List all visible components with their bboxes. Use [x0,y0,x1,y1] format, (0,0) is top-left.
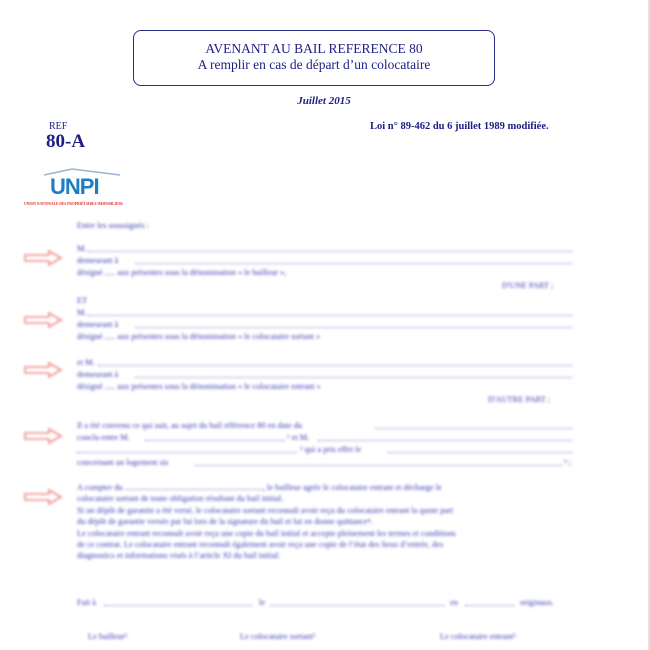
logo-text: UNPI [50,174,99,200]
unpi-logo: UNPI UNION NATIONALE DES PROPRIÉTAIRES I… [24,168,124,210]
paragraph-line: Le colocataire entrant reconnaît avoir r… [77,528,456,539]
en-label: en [450,597,458,608]
sortant-name-field[interactable] [88,315,572,316]
copies-count-field[interactable] [465,605,515,606]
sortant-address-label: demeurant à [77,319,118,330]
paragraph-line: du dépôt de garantie versée par lui lors… [77,516,372,527]
property-address-field[interactable] [195,465,562,466]
le-label: le [259,597,265,608]
bailleur-name-label: M. [77,243,87,254]
bailleur-designation: désigné ..... aux présentes sous la déno… [77,267,286,278]
intro-text: Entre les soussignés : [77,220,149,231]
document-subtitle: A remplir en cas de départ d’un colocata… [134,57,494,73]
convention-concluded-label: conclu entre M. [77,432,130,443]
arrow-right-icon [23,488,63,506]
law-reference: Loi n° 89-462 du 6 juillet 1989 modifiée… [370,121,549,132]
signature-bailleur: Le bailleur⁵ [88,632,127,641]
signature-sortant: Le colocataire sortant⁵ [240,632,315,641]
convention-and-label: ¹ et M. [287,432,309,443]
convention-line1: Il a été convenu ce qui suit, au sujet d… [77,420,302,431]
paragraph-line: de ce contrat. Le colocataire entrant re… [77,539,443,550]
document-page: AVENANT AU BAIL REFERENCE 80 A remplir e… [0,0,650,650]
entrant-address-field[interactable] [135,377,572,378]
property-address-end: ³ ; [564,457,571,468]
ref-code: 80-A [46,131,85,153]
place-field[interactable] [104,605,252,606]
originaux-label: originaux. [520,597,554,608]
bailleur-name-field[interactable] [88,251,572,252]
bailleur-address-label: demeurant à [77,255,118,266]
entrant-designation: désigné ..... aux présentes sous la déno… [77,381,321,392]
paragraph-line: diagnostics et informations visés à l’ar… [77,550,280,561]
bail-date-field[interactable] [375,428,572,429]
d-une-part-label: D'UNE PART ; [502,281,553,290]
signature-entrant: Le colocataire entrant⁵ [440,632,516,641]
entrant-address-label: demeurant à [77,369,118,380]
sortant-name-label: M. [77,307,87,318]
document-date: Juillet 2015 [0,95,648,107]
signing-date-field[interactable] [270,605,445,606]
arrow-right-icon [23,361,63,379]
paragraph-line: colocataire sortant de toute obligation … [77,493,283,504]
entrant-name-field[interactable] [98,365,572,366]
arrow-right-icon [23,427,63,445]
entrant-name-label: et M. [77,357,95,368]
party2-field[interactable] [318,440,572,441]
sortant-designation: désigné ..... aux présentes sous la déno… [77,331,320,342]
et-label: ET [77,295,87,306]
party1-field[interactable] [145,440,285,441]
arrow-right-icon [23,311,63,329]
effect-date-field[interactable] [388,452,572,453]
paragraph-line: A compter du ...........................… [77,482,442,493]
party2-continued-field[interactable] [77,452,297,453]
arrow-right-icon [23,249,63,267]
d-autre-part-label: D'AUTRE PART ; [488,395,550,404]
fait-a-label: Fait à [77,597,96,608]
paragraph-line: Si un dépôt de garantie a été versé, le … [77,505,453,516]
document-title: AVENANT AU BAIL REFERENCE 80 [134,41,494,57]
property-address-label: concernant un logement sis [77,457,168,468]
bailleur-address-field[interactable] [135,263,572,264]
sortant-address-field[interactable] [135,327,572,328]
effect-date-label: ² qui a pris effet le [300,444,361,455]
logo-subtitle: UNION NATIONALE DES PROPRIÉTAIRES IMMOBI… [24,202,123,206]
title-box: AVENANT AU BAIL REFERENCE 80 A remplir e… [133,30,495,86]
